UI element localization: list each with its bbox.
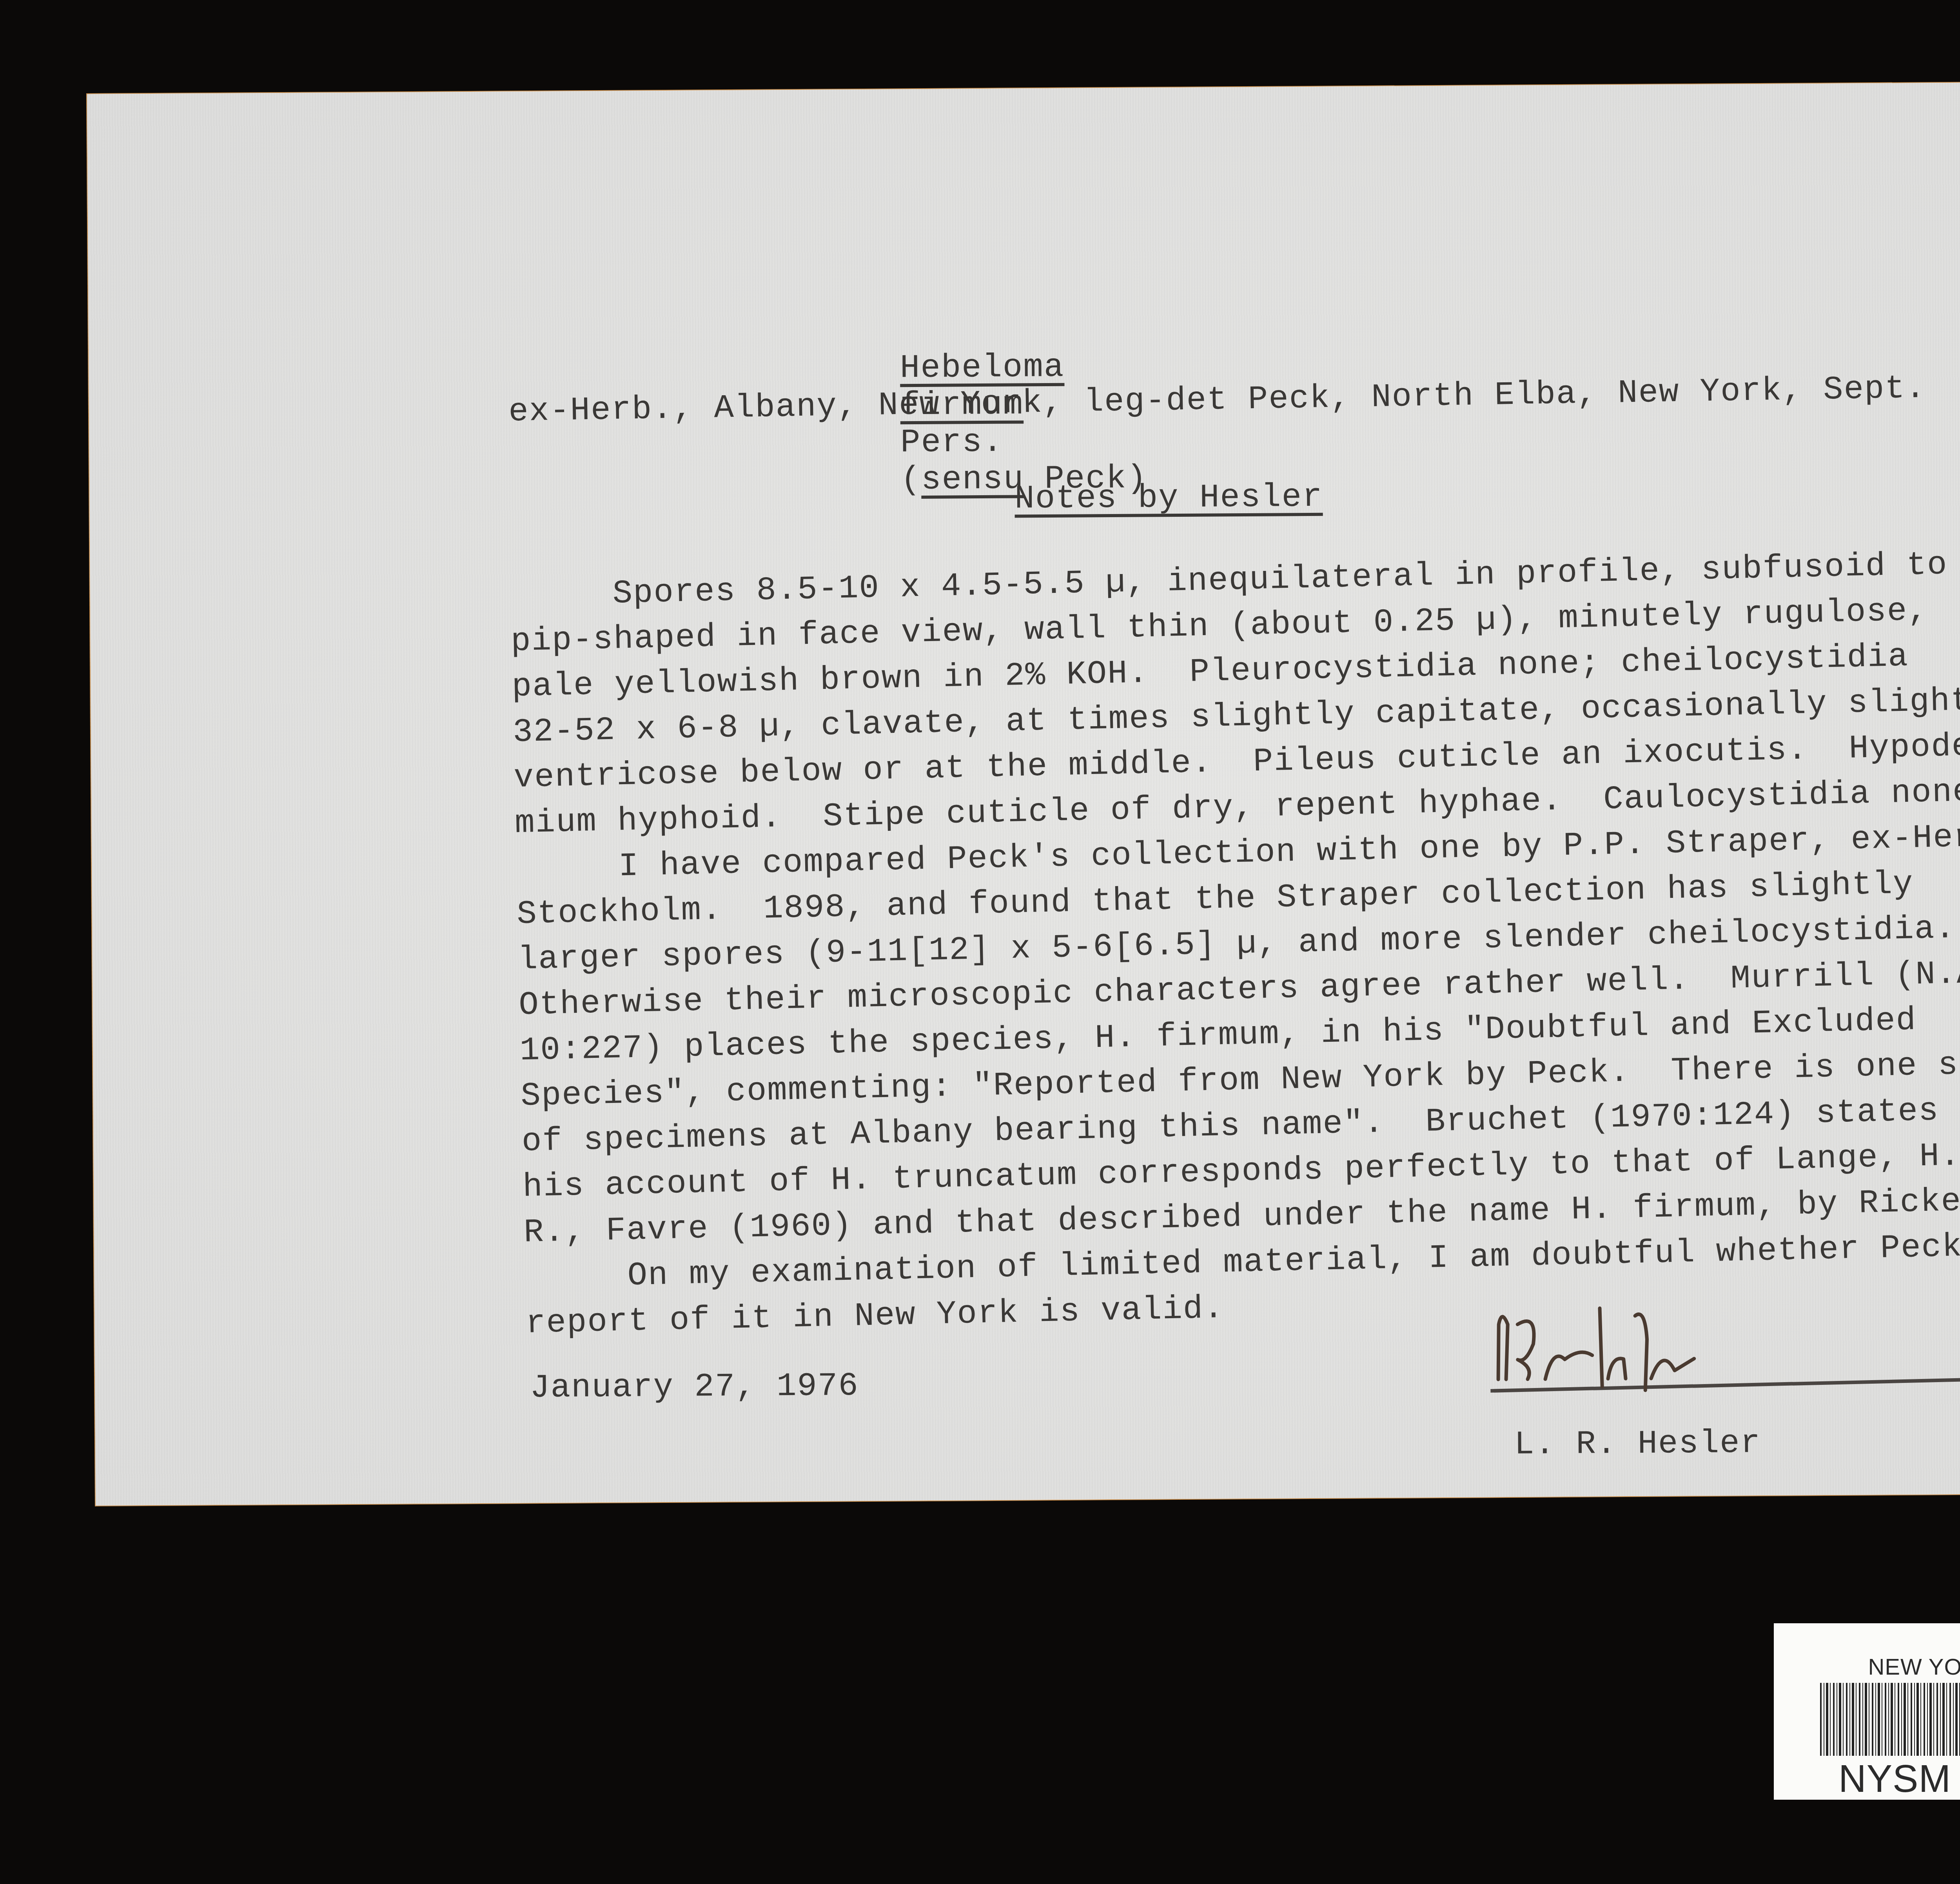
notes-heading: Notes by Hesler	[1014, 479, 1323, 518]
paren: (	[900, 461, 921, 499]
signer-name: L. R. Hesler	[1514, 1425, 1761, 1464]
author-citation: Pers.	[900, 424, 1004, 462]
herbarium-note-sheet: Hebeloma firmum Pers. (sensu Peck) ex-He…	[87, 81, 1960, 1506]
notes-body: Spores 8.5-10 x 4.5-5.5 µ, inequilateral…	[509, 538, 1960, 1347]
handwritten-signature-icon	[1490, 1299, 1843, 1395]
sensu-term: sensu	[921, 461, 1024, 499]
catalog-number: NYSM 0 000 007 680	[1774, 1757, 1960, 1801]
genus-name: Hebeloma	[900, 349, 1065, 387]
signature-block	[1490, 1297, 1960, 1395]
museum-barcode-label: NEW YORK STATE MUSEUM NYSM 0 000 007 680	[1774, 1623, 1960, 1800]
provenance-line: ex-Herb., Albany, New York, leg-det Peck…	[508, 370, 1926, 431]
institution-name: NEW YORK STATE MUSEUM	[1774, 1654, 1960, 1680]
document-date: January 27, 1976	[530, 1368, 859, 1407]
barcode-icon	[1820, 1683, 1960, 1756]
